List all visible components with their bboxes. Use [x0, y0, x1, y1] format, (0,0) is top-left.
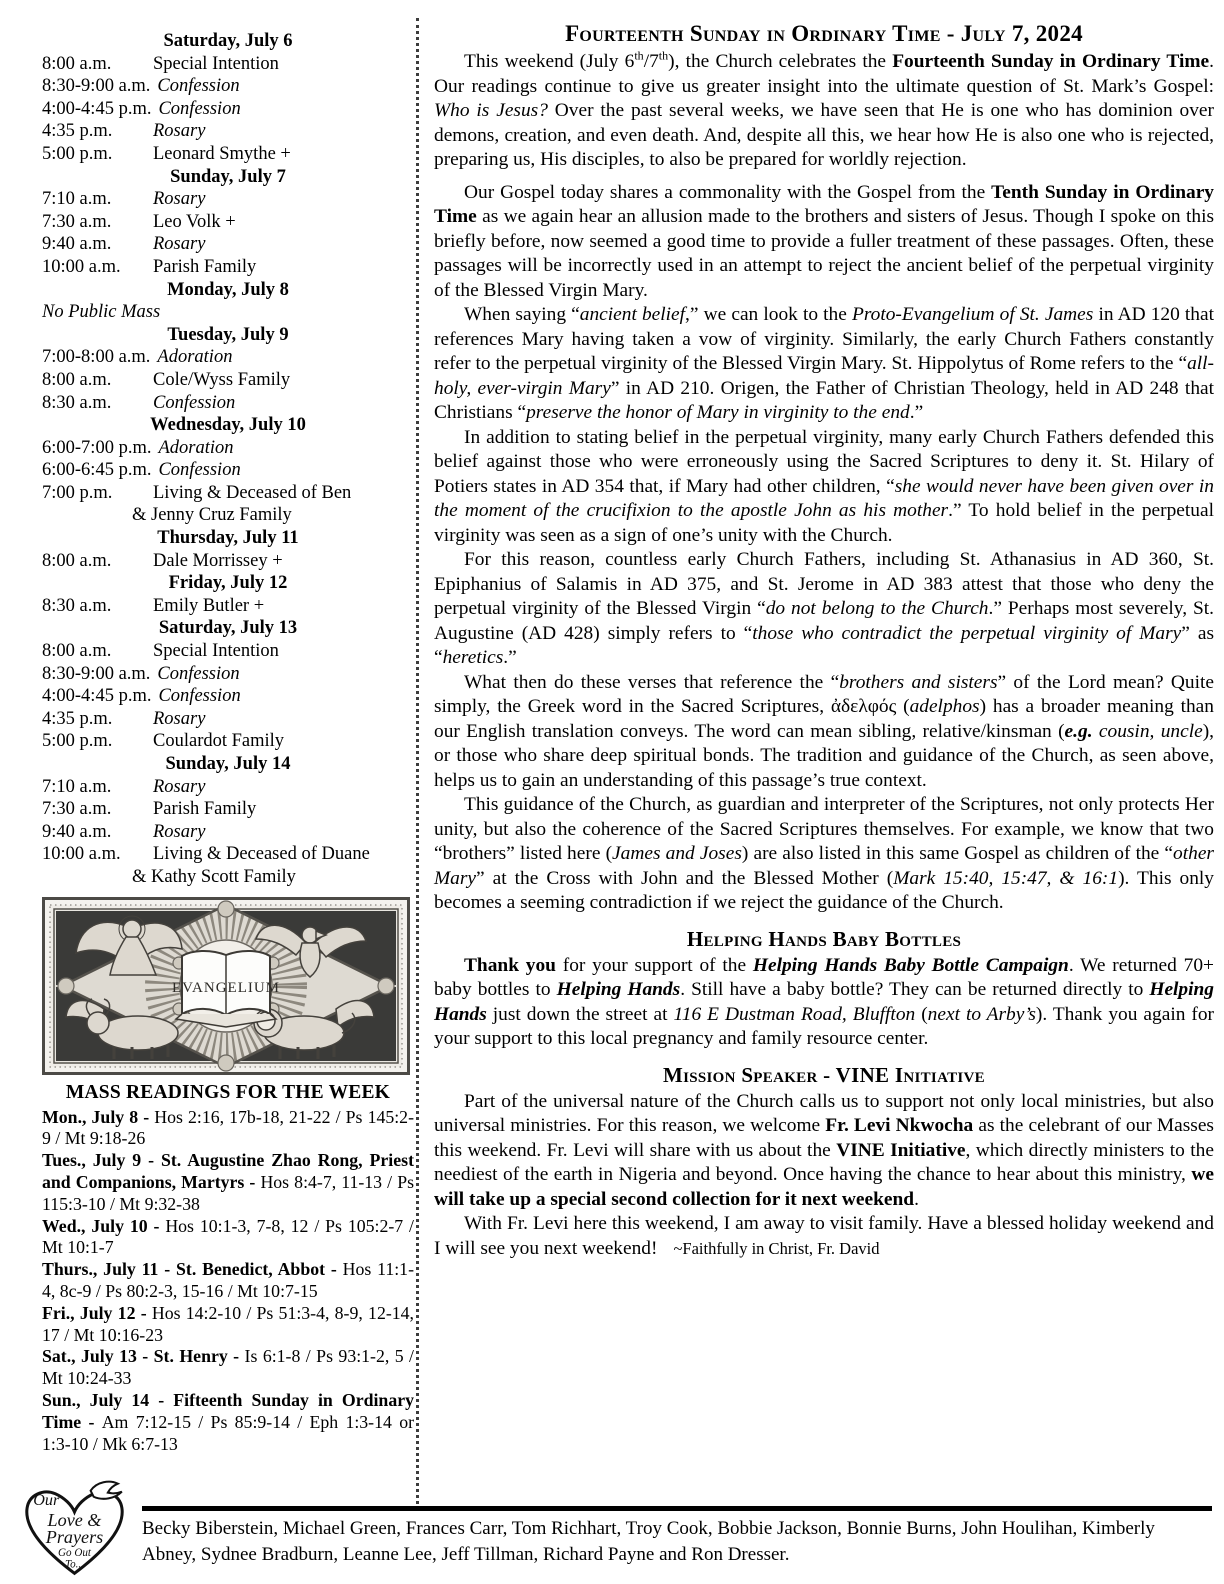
schedule-time: 6:00-7:00 p.m.: [42, 437, 151, 460]
text-run: th: [659, 49, 668, 63]
logo-word-to: To...: [65, 1558, 84, 1570]
text-run: th: [634, 49, 643, 63]
schedule-intention-continued: & Jenny Cruz Family: [42, 504, 414, 527]
text-run: .”: [503, 647, 516, 668]
schedule-day-heading: Tuesday, July 9: [42, 324, 414, 347]
text-run: This weekend (July 6: [464, 51, 634, 72]
text-run: brothers and sisters: [839, 672, 997, 693]
text-run: . Still have a baby bottle? They can be …: [680, 979, 1149, 1000]
schedule-day-heading: Wednesday, July 10: [42, 414, 414, 437]
logo-word-prayers: Prayers: [45, 1527, 103, 1547]
text-run: Helping Hands: [557, 979, 681, 1000]
text-run: Our Gospel today shares a commonality wi…: [464, 182, 991, 203]
text-run: (: [915, 1004, 927, 1025]
schedule-time: 9:40 a.m.: [42, 821, 146, 844]
schedule-intention: Emily Butler +: [153, 596, 264, 616]
text-run: ,” we can look to the: [685, 304, 852, 325]
text-run: e.g.: [1065, 721, 1093, 742]
schedule-time: 5:00 p.m.: [42, 143, 146, 166]
reading-item: Wed., July 10 - Hos 10:1-3, 7-8, 12 / Ps…: [42, 1216, 414, 1260]
paragraph: In addition to stating belief in the per…: [434, 426, 1214, 549]
dove-icon: [91, 1482, 122, 1499]
schedule-time: 7:30 a.m.: [42, 798, 146, 821]
book-title-text: EVANGELIUM: [172, 980, 280, 996]
paragraph: Thank you for your support of the Helpin…: [434, 954, 1214, 1052]
schedule-time: 7:00 p.m.: [42, 482, 146, 505]
schedule-entry: 8:30 a.m.Confession: [42, 392, 414, 415]
schedule-entry: 7:00 p.m.Living & Deceased of Ben& Jenny…: [42, 482, 414, 527]
schedule-entry: 7:30 a.m.Parish Family: [42, 798, 414, 821]
schedule-intention: Rosary: [153, 234, 205, 254]
text-run: ), the Church celebrates the: [668, 51, 892, 72]
text-run: James and Joses: [612, 843, 742, 864]
schedule-entry: 6:00-7:00 p.m.Adoration: [42, 437, 414, 460]
schedule-intention: Living & Deceased of Duane: [153, 844, 370, 864]
schedule-time: 10:00 a.m.: [42, 256, 146, 279]
schedule-entry: 4:35 p.m.Rosary: [42, 708, 414, 731]
text-run: .”: [910, 402, 923, 423]
schedule-entry: 8:00 a.m.Cole/Wyss Family: [42, 369, 414, 392]
mass-readings-heading: MASS READINGS FOR THE WEEK: [42, 1081, 414, 1105]
schedule-day-heading: Thursday, July 11: [42, 527, 414, 550]
schedule-intention: Parish Family: [153, 257, 256, 277]
mission-speaker-heading: Mission Speaker - VINE Initiative: [434, 1062, 1214, 1088]
reading-day-label: Wed., July 10 -: [42, 1216, 165, 1236]
schedule-entry: 10:00 a.m.Parish Family: [42, 256, 414, 279]
paragraph: When saying “ancient belief,” we can loo…: [434, 303, 1214, 426]
text-run: What then do these verses that reference…: [464, 672, 839, 693]
schedule-intention: Dale Morrissey +: [153, 551, 283, 571]
schedule-entry: 5:00 p.m.Leonard Smythe +: [42, 143, 414, 166]
reading-item: Sun., July 14 - Fifteenth Sunday in Ordi…: [42, 1390, 414, 1455]
logo-word-our: Our: [33, 1492, 60, 1509]
schedule-intention: Cole/Wyss Family: [153, 370, 290, 390]
schedule-day-heading: Saturday, July 6: [42, 30, 414, 53]
reading-day-label: Sat., July 13 - St. Henry -: [42, 1346, 245, 1366]
schedule-time: 4:00-4:45 p.m.: [42, 98, 151, 121]
text-run: .: [914, 1189, 919, 1210]
love-prayers-logo: Our Love & Prayers Go Out To...: [12, 1478, 138, 1582]
schedule-entry: 8:30-9:00 a.m.Confession: [42, 663, 414, 686]
schedule-day-heading: Sunday, July 14: [42, 753, 414, 776]
schedule-time: 4:35 p.m.: [42, 708, 146, 731]
paragraph: This weekend (July 6th/7th), the Church …: [434, 50, 1214, 173]
schedule-time: 8:30-9:00 a.m.: [42, 75, 150, 98]
bulletin-article: This weekend (July 6th/7th), the Church …: [434, 50, 1214, 916]
schedule-entry: 7:10 a.m.Rosary: [42, 776, 414, 799]
schedule-intention: Rosary: [153, 709, 205, 729]
text-run: ” at the Cross with John and the Blessed…: [476, 868, 893, 889]
schedule-intention: Confession: [153, 393, 235, 413]
schedule-entry: 10:00 a.m.Living & Deceased of Duane& Ka…: [42, 843, 414, 888]
schedule-intention: Special Intention: [153, 54, 279, 74]
schedule-intention: Rosary: [153, 822, 205, 842]
schedule-day-heading: Friday, July 12: [42, 572, 414, 595]
schedule-time: 7:10 a.m.: [42, 188, 146, 211]
schedule-time: 9:40 a.m.: [42, 233, 146, 256]
schedule-intention: Rosary: [153, 777, 205, 797]
footer-divider-line: [142, 1506, 1212, 1511]
schedule-intention: Leonard Smythe +: [153, 144, 291, 164]
text-run: Thank you: [464, 955, 556, 976]
schedule-entry: 5:00 p.m.Coulardot Family: [42, 730, 414, 753]
schedule-intention: Leo Volk +: [153, 212, 236, 232]
schedule-intention: Confession: [157, 664, 239, 684]
text-run: those who contradict the perpetual virgi…: [752, 623, 1181, 644]
schedule-note: No Public Mass: [42, 301, 414, 324]
prayer-names-list: Becky Biberstein, Michael Green, Frances…: [142, 1516, 1206, 1568]
schedule-day-heading: Monday, July 8: [42, 279, 414, 302]
schedule-time: 8:30 a.m.: [42, 392, 146, 415]
paragraph: Part of the universal nature of the Chur…: [434, 1090, 1214, 1213]
schedule-entry: 8:30 a.m.Emily Butler +: [42, 595, 414, 618]
schedule-intention-continued: & Kathy Scott Family: [42, 866, 414, 889]
helping-hands-section: Thank you for your support of the Helpin…: [434, 954, 1214, 1052]
paragraph: Our Gospel today shares a commonality wi…: [434, 181, 1214, 304]
right-column: Fourteenth Sunday in Ordinary Time - Jul…: [434, 20, 1214, 1261]
column-divider: [416, 18, 419, 1504]
schedule-intention: Rosary: [153, 121, 205, 141]
schedule-time: 6:00-6:45 p.m.: [42, 459, 151, 482]
evangelium-engraving-svg: EVANGELIUM: [42, 897, 410, 1075]
reading-day-label: Fri., July 12 -: [42, 1303, 152, 1323]
schedule-entry: 9:40 a.m.Rosary: [42, 233, 414, 256]
reading-item: Tues., July 9 - St. Augustine Zhao Rong,…: [42, 1150, 414, 1215]
text-run: Mark 15:40, 15:47, & 16:1: [893, 868, 1118, 889]
schedule-intention: Living & Deceased of Ben: [153, 483, 351, 503]
schedule-time: 8:30 a.m.: [42, 595, 146, 618]
text-run: for your support of the: [556, 955, 753, 976]
schedule-time: 8:00 a.m.: [42, 550, 146, 573]
schedule-intention: Confession: [158, 99, 240, 119]
helping-hands-heading: Helping Hands Baby Bottles: [434, 926, 1214, 952]
schedule-day-heading: Saturday, July 13: [42, 617, 414, 640]
schedule-intention: Coulardot Family: [153, 731, 284, 751]
mass-schedule: Saturday, July 68:00 a.m.Special Intenti…: [42, 30, 414, 889]
text-run: heretics: [443, 647, 504, 668]
mission-speaker-section: Part of the universal nature of the Chur…: [434, 1090, 1214, 1262]
schedule-time: 10:00 a.m.: [42, 843, 146, 866]
text-run: Over the past several weeks, we have see…: [434, 100, 1214, 170]
schedule-entry: 8:00 a.m.Special Intention: [42, 53, 414, 76]
evangelium-engraving: EVANGELIUM: [42, 897, 410, 1075]
text-run: Who is Jesus?: [434, 100, 548, 121]
schedule-entry: 4:35 p.m.Rosary: [42, 120, 414, 143]
reading-item: Fri., July 12 - Hos 14:2-10 / Ps 51:3-4,…: [42, 1303, 414, 1347]
schedule-time: 8:30-9:00 a.m.: [42, 663, 150, 686]
paragraph: What then do these verses that reference…: [434, 671, 1214, 794]
text-run: next to Arby’s: [928, 1004, 1036, 1025]
text-run: VINE Initiative: [836, 1140, 965, 1161]
schedule-time: 8:00 a.m.: [42, 53, 146, 76]
schedule-intention: Confession: [157, 76, 239, 96]
schedule-time: 7:30 a.m.: [42, 211, 146, 234]
schedule-time: 8:00 a.m.: [42, 640, 146, 663]
text-run: cousin, uncle: [1099, 721, 1203, 742]
text-run: When saying “: [464, 304, 580, 325]
text-run: just down the street at: [487, 1004, 674, 1025]
text-run: Helping Hands Baby Bottle Campaign: [753, 955, 1069, 976]
schedule-intention: Adoration: [158, 438, 233, 458]
love-prayers-logo-svg: Our Love & Prayers Go Out To...: [12, 1478, 138, 1582]
schedule-intention: Special Intention: [153, 641, 279, 661]
schedule-intention: Adoration: [157, 347, 232, 367]
bulletin-page: Saturday, July 68:00 a.m.Special Intenti…: [0, 0, 1224, 1584]
paragraph: This guidance of the Church, as guardian…: [434, 793, 1214, 916]
schedule-intention: Rosary: [153, 189, 205, 209]
reading-day-label: Mon., July 8 -: [42, 1107, 154, 1127]
schedule-entry: 8:00 a.m.Special Intention: [42, 640, 414, 663]
mass-readings: Mon., July 8 - Hos 2:16, 17b-18, 21-22 /…: [42, 1107, 414, 1456]
text-run: ancient belief: [580, 304, 685, 325]
text-run: as we again hear an allusion made to the…: [434, 206, 1214, 301]
reading-day-label: Thurs., July 11 - St. Benedict, Abbot -: [42, 1259, 343, 1279]
schedule-entry: 4:00-4:45 p.m.Confession: [42, 685, 414, 708]
schedule-time: 7:10 a.m.: [42, 776, 146, 799]
text-run: ) are also listed in this same Gospel as…: [742, 843, 1173, 864]
schedule-time: 4:00-4:45 p.m.: [42, 685, 151, 708]
reading-item: Mon., July 8 - Hos 2:16, 17b-18, 21-22 /…: [42, 1107, 414, 1151]
schedule-entry: 7:00-8:00 a.m.Adoration: [42, 346, 414, 369]
schedule-entry: 8:30-9:00 a.m.Confession: [42, 75, 414, 98]
reading-item: Sat., July 13 - St. Henry - Is 6:1-8 / P…: [42, 1346, 414, 1390]
schedule-day-heading: Sunday, July 7: [42, 166, 414, 189]
schedule-entry: 7:10 a.m.Rosary: [42, 188, 414, 211]
text-run: Fr. Levi Nkwocha: [825, 1115, 973, 1136]
gospel-book-icon: EVANGELIUM: [172, 951, 280, 1027]
article-title: Fourteenth Sunday in Ordinary Time - Jul…: [434, 20, 1214, 48]
schedule-time: 5:00 p.m.: [42, 730, 146, 753]
text-run: 116 E Dustman Road, Bluffton: [674, 1004, 916, 1025]
schedule-time: 7:00-8:00 a.m.: [42, 346, 150, 369]
schedule-intention: Confession: [158, 460, 240, 480]
schedule-time: 8:00 a.m.: [42, 369, 146, 392]
reading-item: Thurs., July 11 - St. Benedict, Abbot - …: [42, 1259, 414, 1303]
text-run: Proto-Evangelium of St. James: [852, 304, 1093, 325]
text-run: ~Faithfully in Christ, Fr. David: [673, 1239, 879, 1258]
text-run: /7: [644, 51, 659, 72]
schedule-entry: 4:00-4:45 p.m.Confession: [42, 98, 414, 121]
left-column: Saturday, July 68:00 a.m.Special Intenti…: [42, 30, 414, 1455]
paragraph: With Fr. Levi here this weekend, I am aw…: [434, 1212, 1214, 1261]
text-run: preserve the honor of Mary in virginity …: [526, 402, 910, 423]
schedule-entry: 9:40 a.m.Rosary: [42, 821, 414, 844]
text-run: Fourteenth Sunday in Ordinary Time: [892, 51, 1209, 72]
text-run: do not belong to the Church: [766, 598, 989, 619]
schedule-entry: 8:00 a.m.Dale Morrissey +: [42, 550, 414, 573]
schedule-time: 4:35 p.m.: [42, 120, 146, 143]
schedule-entry: 7:30 a.m.Leo Volk +: [42, 211, 414, 234]
schedule-intention: Parish Family: [153, 799, 256, 819]
schedule-intention: Confession: [158, 686, 240, 706]
schedule-entry: 6:00-6:45 p.m.Confession: [42, 459, 414, 482]
text-run: adelphos: [910, 696, 980, 717]
paragraph: For this reason, countless early Church …: [434, 548, 1214, 671]
